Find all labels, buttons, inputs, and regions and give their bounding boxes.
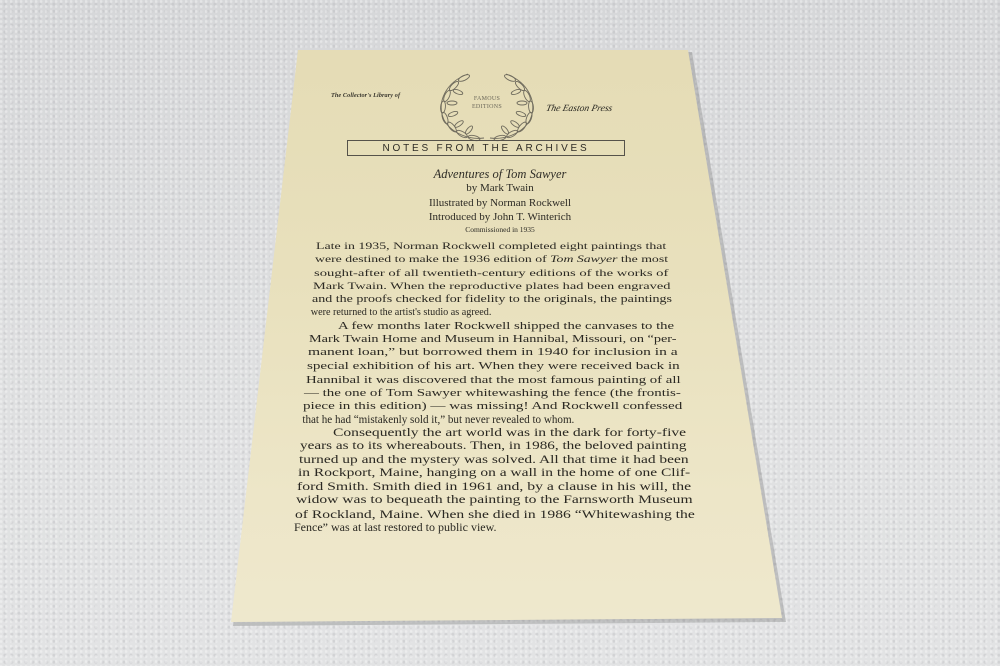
- publisher-signature: The Easton Press: [545, 104, 613, 114]
- body-line: Late in 1935, Norman Rockwell completed …: [316, 241, 666, 252]
- book-author: by Mark Twain: [300, 182, 700, 194]
- logo-famous: FAMOUS: [456, 96, 518, 102]
- body-line: were destined to make the 1936 edition o…: [315, 254, 668, 265]
- body-line: were returned to the artist's studio as …: [311, 307, 492, 318]
- body-line: in Rockport, Maine, hanging on a wall in…: [298, 467, 690, 479]
- section-title: NOTES FROM THE ARCHIVES: [382, 143, 589, 154]
- collectors-library-label: The Collector's Library of: [331, 92, 400, 99]
- body-line: ford Smith. Smith died in 1961 and, by a…: [297, 480, 691, 493]
- body-line: years as to its whereabouts. Then, in 19…: [300, 440, 686, 452]
- body-line: widow was to bequeath the painting to th…: [296, 493, 693, 506]
- logo-editions: EDITIONS: [456, 104, 518, 110]
- body-line: Mark Twain. When the reproductive plates…: [313, 281, 670, 292]
- body-line: manent loan,” but borrowed them in 1940 …: [308, 347, 678, 358]
- body-line: and the proofs checked for fidelity to t…: [312, 294, 672, 305]
- body-line: — the one of Tom Sawyer whitewashing the…: [304, 387, 681, 399]
- body-line: sought-after of all twentieth-century ed…: [314, 268, 668, 279]
- body-line: special exhibition of his art. When they…: [307, 361, 680, 372]
- body-line: turned up and the mystery was solved. Al…: [299, 454, 689, 466]
- sheet-content: The Collector's Library of: [0, 0, 1000, 666]
- commissioned-note: Commissioned in 1935: [300, 225, 700, 234]
- section-title-box: NOTES FROM THE ARCHIVES: [347, 140, 625, 156]
- body-line: A few months later Rockwell shipped the …: [338, 321, 674, 332]
- book-illustrator: Illustrated by Norman Rockwell: [300, 197, 700, 209]
- body-line: Hannibal it was discovered that the most…: [306, 374, 681, 386]
- book-introducer: Introduced by John T. Winterich: [300, 211, 700, 223]
- body-line: Consequently the art world was in the da…: [333, 427, 686, 439]
- book-title-inline: Tom Sawyer: [550, 254, 617, 265]
- body-line: Mark Twain Home and Museum in Hannibal, …: [309, 334, 677, 345]
- body-line: piece in this edition) — was missing! An…: [303, 400, 682, 412]
- book-title: Adventures of Tom Sawyer: [300, 167, 700, 182]
- body-line: that he had “mistakenly sold it,” but ne…: [302, 414, 574, 426]
- body-line: Fence” was at last restored to public vi…: [294, 520, 497, 535]
